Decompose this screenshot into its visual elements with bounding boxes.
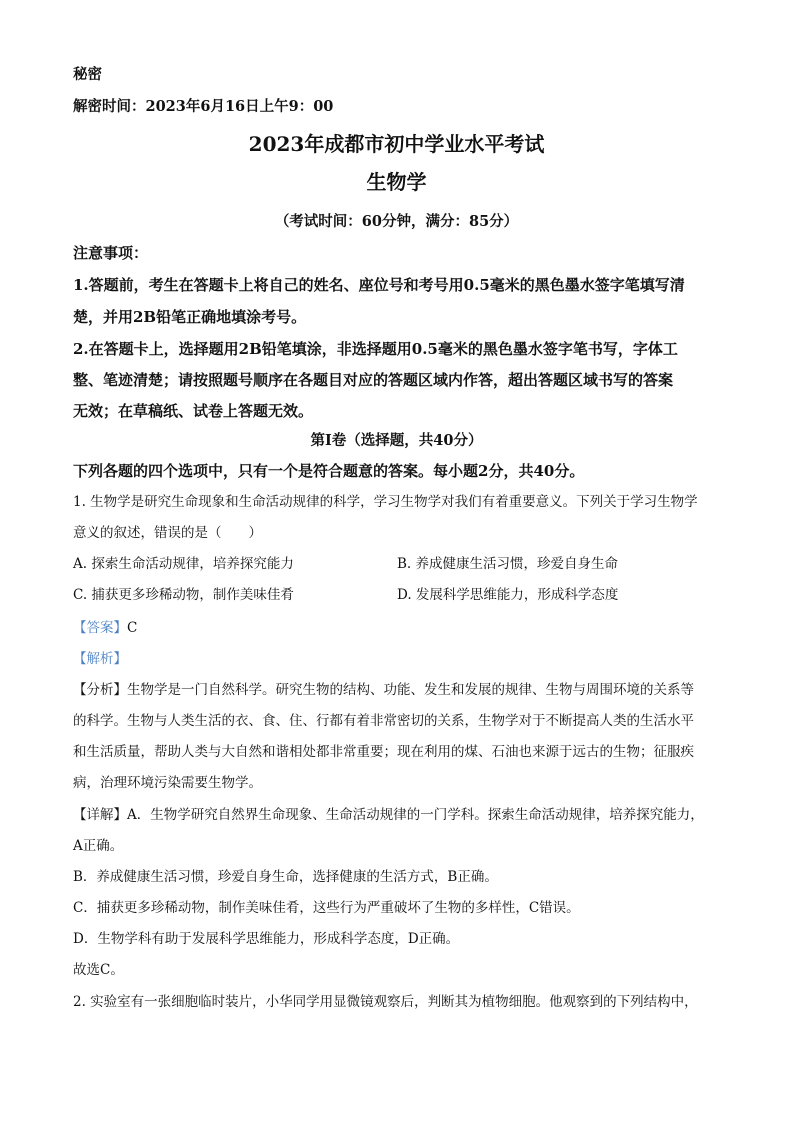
detail-line: B．养成健康生活习惯，珍爱自身生命，选择健康的生活方式，B正确。: [73, 871, 498, 885]
exam-title: 2023年成都市初中学业水平考试: [0, 134, 793, 154]
notes-line: 无效；在草稿纸、试卷上答题无效。: [73, 404, 313, 419]
question-stem: 意义的叙述，错误的是（ ）: [73, 527, 262, 541]
analysis-line: 病，治理环境污染需要生物学。: [73, 777, 262, 791]
options-row-1: A. 探索生命活动规律，培养探究能力 B. 养成健康生活习惯，珍爱自身生命: [73, 558, 723, 572]
exam-info: （考试时间：60分钟，满分：85分）: [0, 215, 793, 230]
detail-line: A正确。: [73, 840, 123, 854]
question-stem: 1. 生物学是研究生命现象和生命活动规律的科学，学习生物学对我们有着重要意义。下…: [73, 496, 698, 510]
analysis-line: 的科学。生物与人类生活的衣、食、住、行都有着非常密切的关系，生物学对于不断提高人…: [73, 715, 694, 729]
analysis-line: 和生活质量，帮助人类与大自然和谐相处都非常重要；现在利用的煤、石油也来源于远古的…: [73, 746, 694, 760]
subject-title: 生物学: [0, 172, 793, 192]
detail-line: 【详解】A．生物学研究自然界生命现象、生命活动规律的一门学科。探索生命活动规律，…: [73, 809, 704, 823]
notes-line: 整、笔迹清楚；请按照题号顺序在各题目对应的答题区域内作答，超出答题区域书写的答案: [73, 373, 673, 388]
secret-label: 秘密: [73, 68, 102, 83]
options-row-2: C. 捕获更多珍稀动物，制作美味佳肴 D. 发展科学思维能力，形成科学态度: [73, 589, 723, 603]
answer-line: 【答案】C: [73, 622, 137, 636]
notes-line: 楚，并用2B铅笔正确地填涂考号。: [73, 310, 306, 325]
section-title: 第I卷（选择题，共40分）: [0, 434, 793, 449]
option-a: A. 探索生命活动规律，培养探究能力: [73, 556, 294, 572]
analysis-line: 【分析】生物学是一门自然科学。研究生物的结构、功能、发生和发展的规律、生物与周围…: [73, 684, 694, 698]
question-stem: 2. 实验室有一张细胞临时装片，小华同学用显微镜观察后，判断其为植物细胞。他观察…: [73, 996, 698, 1010]
answer-label: 【答案】: [73, 620, 127, 636]
notes-line: 2.在答题卡上，选择题用2B铅笔填涂，非选择题用0.5毫米的黑色墨水签字笔书写，…: [73, 342, 678, 357]
declassify-time: 解密时间：2023年6月16日上午9：00: [73, 100, 333, 115]
detail-line: C．捕获更多珍稀动物，制作美味佳肴，这些行为严重破坏了生物的多样性，C错误。: [73, 902, 580, 916]
option-d: D. 发展科学思维能力，形成科学态度: [397, 589, 618, 603]
option-c: C. 捕获更多珍稀动物，制作美味佳肴: [73, 587, 294, 603]
answer-value: C: [127, 620, 137, 636]
section-instruction: 下列各题的四个选项中，只有一个是符合题意的答案。每小题2分，共40分。: [73, 464, 584, 479]
detail-line: D．生物学科有助于发展科学思维能力，形成科学态度，D正确。: [73, 933, 459, 947]
analysis-label: 【解析】: [73, 653, 127, 667]
detail-line: 故选C。: [73, 964, 124, 978]
notes-heading: 注意事项：: [73, 246, 148, 261]
notes-line: 1.答题前，考生在答题卡上将自己的姓名、座位号和考号用0.5毫米的黑色墨水签字笔…: [73, 278, 685, 293]
option-b: B. 养成健康生活习惯，珍爱自身生命: [397, 558, 618, 572]
